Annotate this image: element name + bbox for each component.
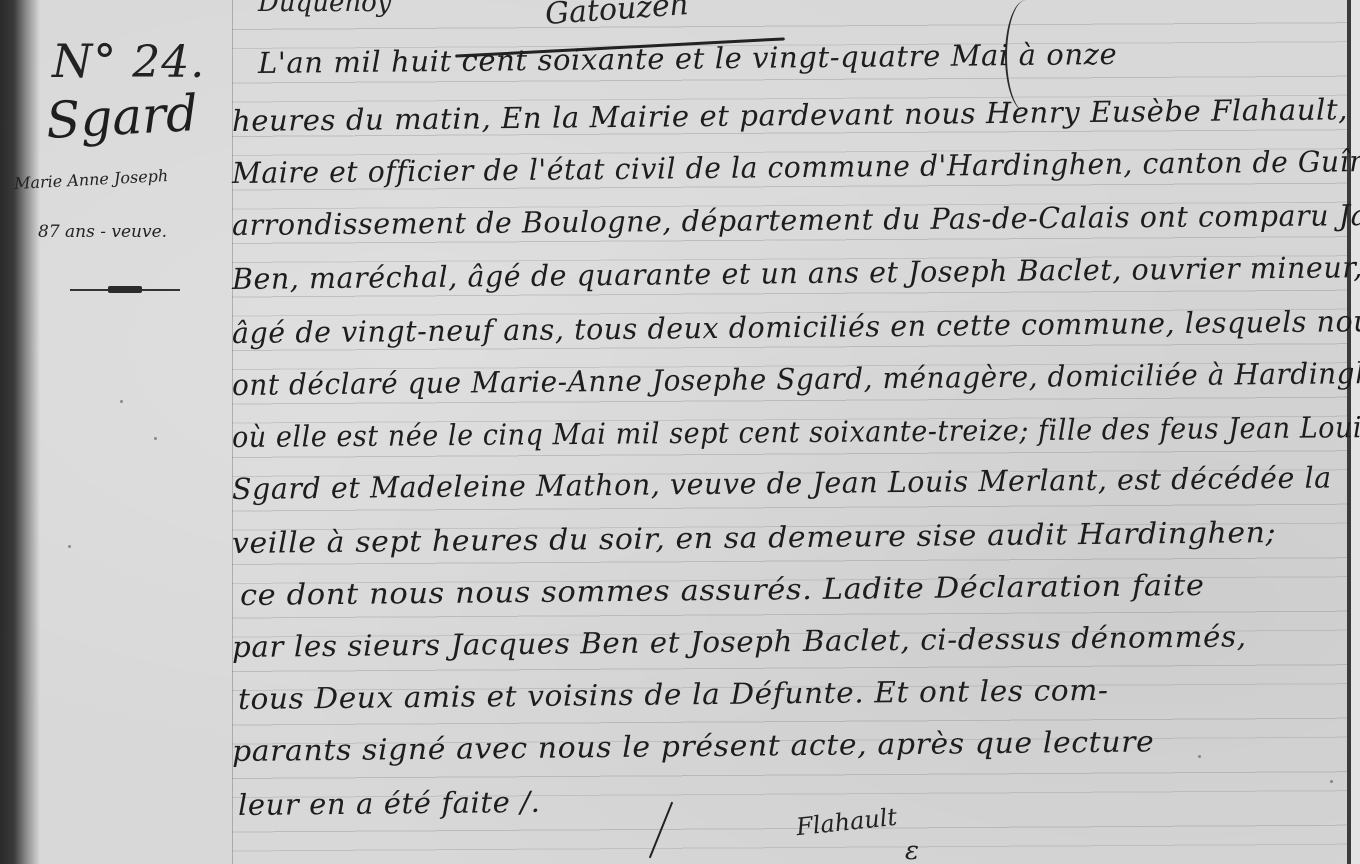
entry-number-prefix: N° xyxy=(52,34,117,88)
register-page: Duquenoy Gatouzeh N° 24. Sgard Marie Ann… xyxy=(0,0,1360,864)
entry-number-value: 24. xyxy=(132,37,205,88)
paper-speck xyxy=(1198,755,1201,758)
entry-number: N° 24. xyxy=(52,34,205,88)
signature-flourish: ε xyxy=(905,836,919,864)
paper-speck xyxy=(154,437,157,440)
margin-age-status: 87 ans - veuve. xyxy=(38,222,167,242)
margin-surname: Sgard xyxy=(45,84,200,150)
margin-separator xyxy=(70,289,180,291)
paper-speck xyxy=(120,400,123,403)
act-line-15: leur en a été faite /. xyxy=(238,785,541,822)
margin-annotation: N° 24. Sgard Marie Anne Joseph 87 ans - … xyxy=(18,0,232,320)
paper-speck xyxy=(1330,780,1333,783)
paper-speck xyxy=(68,545,71,548)
witness-signature-top-left: Duquenoy xyxy=(258,0,391,18)
margin-given-names: Marie Anne Joseph xyxy=(14,166,169,193)
